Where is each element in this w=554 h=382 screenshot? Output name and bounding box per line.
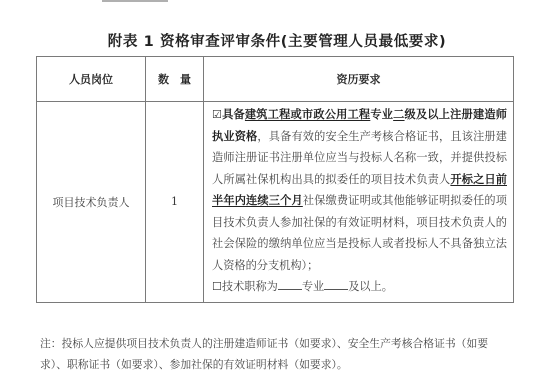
header-quantity: 数 量 bbox=[146, 57, 204, 102]
blank-field[interactable] bbox=[278, 279, 302, 290]
header-post: 人员岗位 bbox=[37, 57, 146, 102]
req-text: 及以上。 bbox=[348, 280, 393, 293]
blank-field[interactable] bbox=[324, 279, 348, 290]
req-grade-underlined: 二 bbox=[393, 108, 404, 121]
top-divider-line bbox=[102, 0, 168, 2]
req-text: 具备 bbox=[222, 108, 245, 121]
requirement-option-2: ☐技术职称为专业及以上。 bbox=[212, 276, 507, 298]
req-text: 专业 bbox=[302, 280, 324, 293]
document-title: 附表 1 资格审查评审条件(主要管理人员最低要求) bbox=[0, 30, 554, 51]
cell-requirements: ☑具备建筑工程或市政公用工程专业二级及以上注册建造师执业资格，具备有效的安全生产… bbox=[204, 102, 514, 303]
unchecked-checkbox-icon[interactable]: ☐ bbox=[212, 276, 222, 298]
table-header-row: 人员岗位 数 量 资历要求 bbox=[37, 57, 514, 102]
req-text: 技术职称为 bbox=[222, 280, 278, 293]
header-requirements: 资历要求 bbox=[204, 57, 514, 102]
checked-checkbox-icon[interactable]: ☑ bbox=[212, 104, 222, 126]
req-specialty-underlined: 建筑工程或市政公用工程 bbox=[245, 108, 370, 121]
table-row: 项目技术负责人 1 ☑具备建筑工程或市政公用工程专业二级及以上注册建造师执业资格… bbox=[37, 102, 514, 303]
requirement-option-1: ☑具备建筑工程或市政公用工程专业二级及以上注册建造师执业资格，具备有效的安全生产… bbox=[212, 104, 507, 276]
req-text: 专业 bbox=[370, 108, 393, 121]
qualification-table: 人员岗位 数 量 资历要求 项目技术负责人 1 ☑具备建筑工程或市政公用工程专业… bbox=[36, 56, 514, 303]
cell-post: 项目技术负责人 bbox=[37, 102, 146, 303]
cell-quantity: 1 bbox=[146, 102, 204, 303]
footnote: 注：投标人应提供项目技术负责人的注册建造师证书（如要求）、安全生产考核合格证书（… bbox=[40, 333, 510, 375]
